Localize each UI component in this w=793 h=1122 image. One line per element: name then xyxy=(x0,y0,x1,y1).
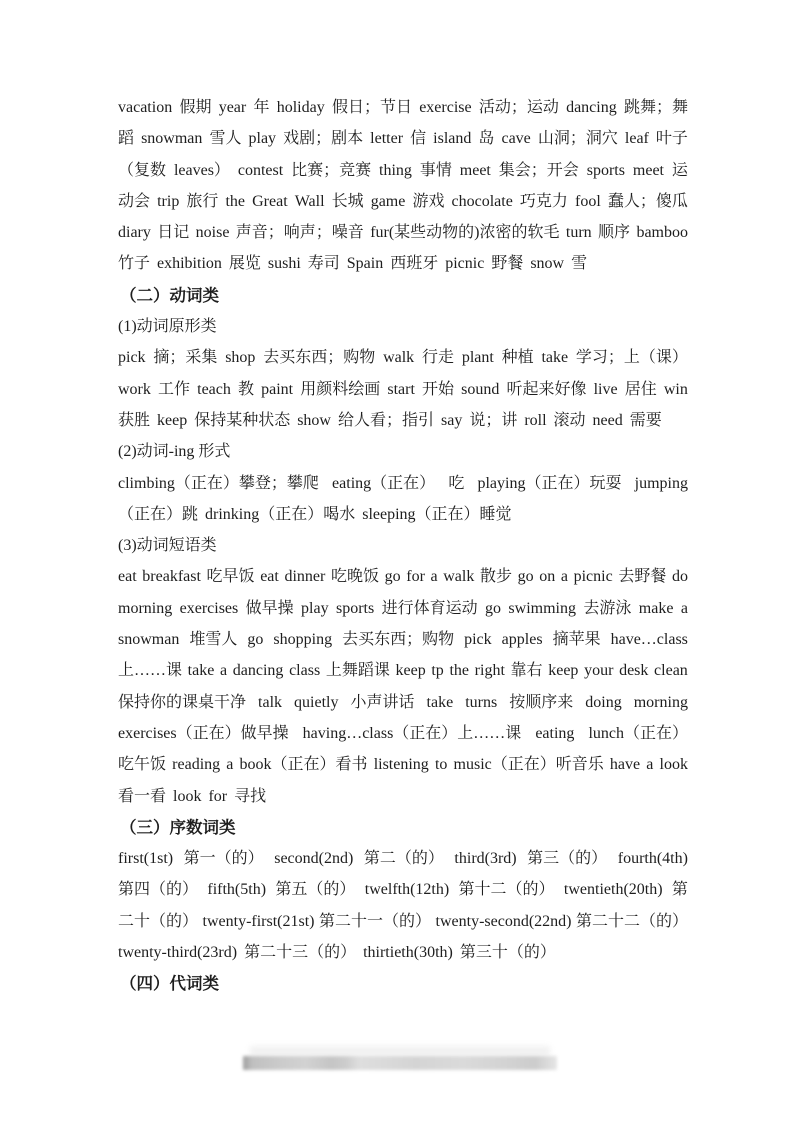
text-line: morningexercises做早操playsports进行体育运动goswi… xyxy=(118,593,688,624)
section-heading: （四）代词类 xyxy=(118,968,688,999)
text-line: （正在）跳 drinking（正在）喝水 sleeping（正在）睡觉 xyxy=(118,499,688,530)
text-line: 吃午饭readingabook（正在）看书listeningtomusic（正在… xyxy=(118,749,688,780)
text-line: vacation假期year年holiday假日；节日exercise活动；运动… xyxy=(118,92,688,123)
text-line: diary日记noise声音；响声；噪音fur(某些动物的)浓密的软毛turn顺… xyxy=(118,217,688,248)
text-line: pick摘；采集shop去买东西；购物walk行走plant种植take学习；上… xyxy=(118,342,688,373)
watermark-glow xyxy=(250,1046,550,1056)
sub-heading: (1)动词原形类 xyxy=(118,311,688,342)
text-line: 动会trip旅行theGreatWall长城game游戏chocolate巧克力… xyxy=(118,186,688,217)
sub-heading: (3)动词短语类 xyxy=(118,530,688,561)
text-line: eatbreakfast吃早饭eatdinner吃晚饭goforawalk散步g… xyxy=(118,561,688,592)
section-heading: （二）动词类 xyxy=(118,280,688,311)
text-line: （复数leaves）contest比赛；竞赛thing事情meet集会；开会sp… xyxy=(118,155,688,186)
text-line: exercises（正在）做早操having…class（正在）上……课eati… xyxy=(118,718,688,749)
text-line: 看一看 look for 寻找 xyxy=(118,781,688,812)
text-line: 蹈snowman雪人play戏剧；剧本letter信island岛cave山洞；… xyxy=(118,123,688,154)
document-body: vacation假期year年holiday假日；节日exercise活动；运动… xyxy=(118,92,688,1000)
text-line: work工作teach教paint用颜料绘画start开始sound听起来好像l… xyxy=(118,374,688,405)
text-line: first(1st)第一（的）second(2nd)第二（的）third(3rd… xyxy=(118,843,688,874)
text-line: 二十（的）twenty-first(21st)第二十一（的）twenty-sec… xyxy=(118,906,688,937)
text-line: climbing（正在）攀登；攀爬eating（正在）吃playing（正在）玩… xyxy=(118,468,688,499)
text-line: 上……课takeadancingclass上舞蹈课keeptptheright靠… xyxy=(118,655,688,686)
text-line: 保持你的课桌干净talkquietly小声讲话taketurns按顺序来doin… xyxy=(118,687,688,718)
section-heading: （三）序数词类 xyxy=(118,812,688,843)
document-page: vacation假期year年holiday假日；节日exercise活动；运动… xyxy=(0,0,793,1122)
text-line: 第四（的）fifth(5th)第五（的）twelfth(12th)第十二（的）t… xyxy=(118,874,688,905)
text-line: twenty-third(23rd) 第二十三（的） thirtieth(30t… xyxy=(118,937,688,968)
text-line: 竹子 exhibition 展览 sushi 寿司 Spain 西班牙 picn… xyxy=(118,248,688,279)
sub-heading: (2)动词-ing 形式 xyxy=(118,436,688,467)
watermark-bar xyxy=(243,1056,557,1070)
text-line: 获胜 keep 保持某种状态 show 给人看；指引 say 说；讲 roll … xyxy=(118,405,688,436)
text-line: snowman堆雪人goshopping去买东西；购物pickapples摘苹果… xyxy=(118,624,688,655)
